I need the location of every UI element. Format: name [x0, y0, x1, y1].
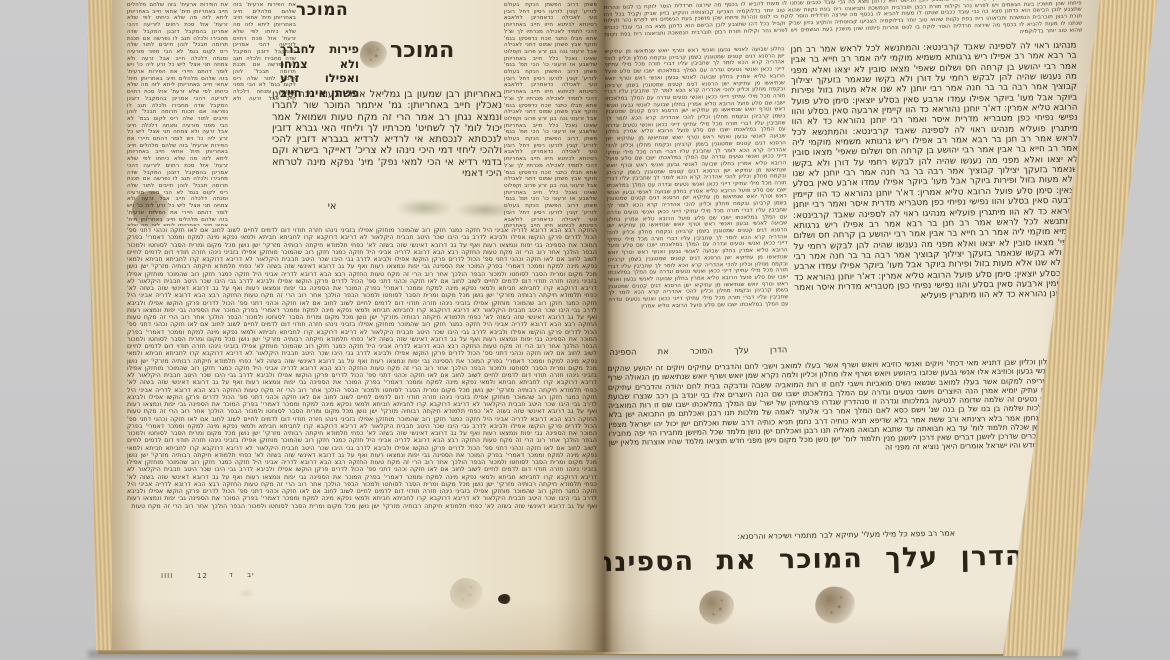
signature-mark-arabic: 12 — [197, 572, 208, 580]
signature-mark-yudbet: יב — [247, 571, 255, 579]
right-rashi-column: בחלון שבועה לאנשי גבעון ואנשי ראש וטרף י… — [604, 46, 789, 345]
right-bottom-block: דאמר מחלון וכליון שבן דתניא מאי דכתי' וי… — [607, 357, 1082, 533]
left-gemara-last-word: אי — [312, 201, 352, 212]
green-smudge-1 — [395, 199, 453, 217]
green-smudge-2 — [455, 202, 515, 218]
right-gemara-column: מנהיגו ראוי לה לספינה שאבד קרבינטא: והמת… — [790, 41, 1081, 343]
photograph-antique-hebrew-folio: { "scene": { "description": "Open antiqu… — [0, 0, 1170, 660]
tiny-smudge-left-bottom — [238, 590, 255, 597]
faint-stamp-left-bottom — [450, 578, 483, 609]
left-running-head: המוכר — [296, 0, 348, 20]
left-chapter-heading: המוכר — [390, 38, 454, 63]
left-rashi-strip: פשתן דרוב הפשתן הנקח בעולם לזריע' קונין … — [504, 2, 597, 230]
ink-blob-left-bottom — [498, 594, 511, 604]
right-top-block: הצביעו קבוצותיה והוקיע בזיון שביק וקביל … — [604, 0, 1083, 46]
ink-stamp-right-bottom-2 — [815, 586, 856, 624]
ink-stamp-chapter-head — [360, 41, 387, 68]
ink-stamp-right-bottom-1 — [699, 590, 735, 625]
hadran-colophon-large: הדרן עלך המוכר את הספינה — [622, 541, 1024, 578]
left-page: המוכר את הפירות ארעית' בזה שלהם מלהלים ח… — [112, 0, 604, 650]
signature-mark-roman: IIII — [161, 572, 173, 580]
hadran-spread-line: הדרן עלך המוכר את הספינה — [609, 345, 787, 359]
signature-mark-dalet: ד — [229, 571, 234, 579]
left-gemara-block: באחריותן רבן שמעון בן גמליאל אומ' זרעוני… — [272, 89, 502, 201]
left-main-text-block: החזקה רבצ הבא דרובא לדריה אביני היל חזקה… — [127, 227, 597, 577]
